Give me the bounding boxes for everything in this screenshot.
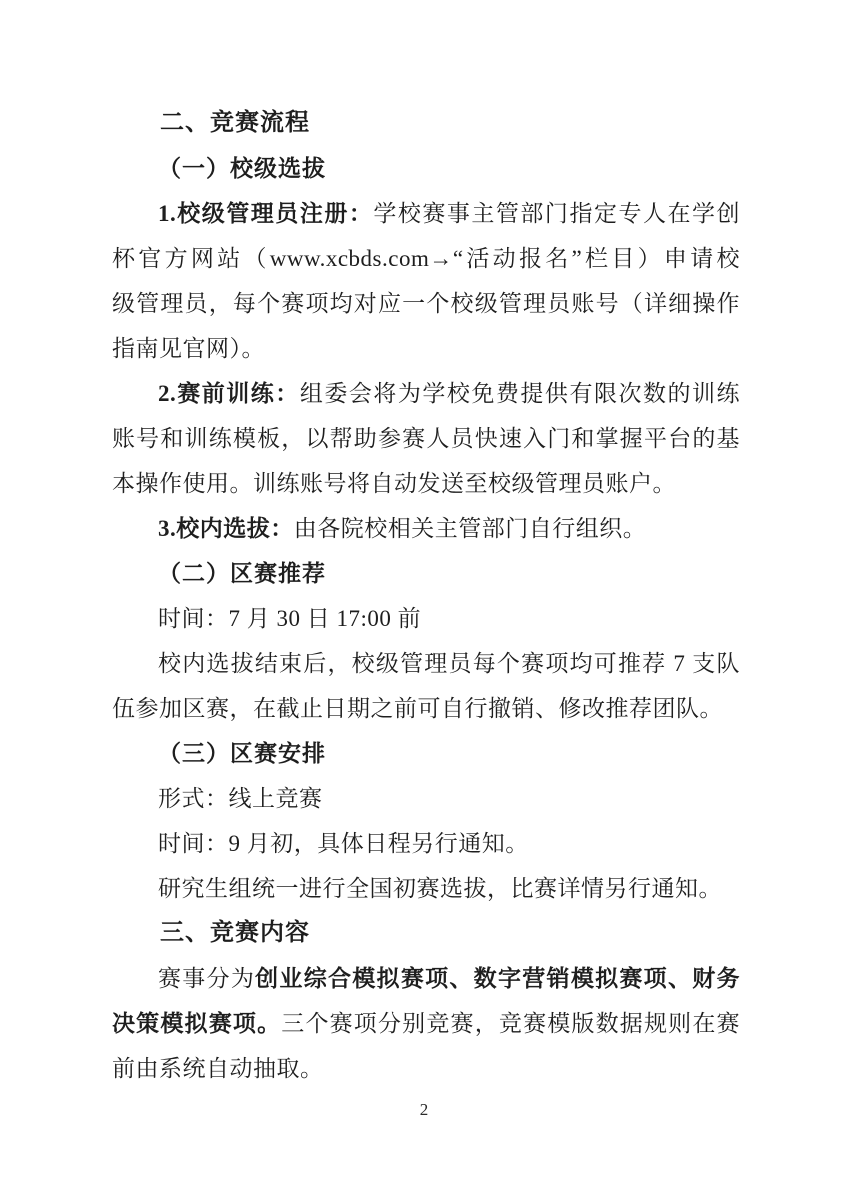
text-line: 3.校内选拔：由各院校相关主管部门自行组织。	[112, 506, 740, 551]
text-segment: （三）区赛安排	[158, 741, 326, 766]
text-segment: 研究生组统一进行全国初赛选拔，比赛详情另行通知。	[158, 876, 722, 901]
text-line: 账号和训练模板，以帮助参赛人员快速入门和掌握平台的基	[112, 416, 740, 461]
text-segment: 指南见官网）。	[112, 336, 265, 361]
text-segment: 创业综合模拟赛项、数字营销模拟赛项、财务	[255, 966, 740, 991]
text-line: 杯官方网站（www.xcbds.com→“活动报名”栏目）申请校	[112, 236, 740, 281]
text-segment: （二）区赛推荐	[158, 561, 326, 586]
text-segment: 三个赛项分别竞赛，竞赛模版数据规则在赛	[281, 1011, 740, 1036]
text-segment: 本操作使用。训练账号将自动发送至校级管理员账户。	[112, 471, 676, 496]
text-segment: 前由系统自动抽取。	[112, 1056, 324, 1081]
text-segment: 校内选拔结束后，校级管理员每个赛项均可推荐 7 支队	[158, 651, 740, 676]
text-segment: 级管理员，每个赛项均对应一个校级管理员账号（详细操作	[112, 291, 740, 316]
text-line: 2.赛前训练：组委会将为学校免费提供有限次数的训练	[112, 371, 740, 416]
text-line: 前由系统自动抽取。	[112, 1046, 740, 1091]
page-number: 2	[0, 1098, 848, 1122]
text-segment: 组委会将为学校免费提供有限次数的训练	[300, 381, 740, 406]
text-segment: 账号和训练模板，以帮助参赛人员快速入门和掌握平台的基	[112, 426, 740, 451]
document-body: 二、竞赛流程（一）校级选拔1.校级管理员注册：学校赛事主管部门指定专人在学创杯官…	[112, 101, 740, 1091]
text-segment: 时间：7 月 30 日 17:00 前	[158, 606, 421, 631]
text-line: 级管理员，每个赛项均对应一个校级管理员账号（详细操作	[112, 281, 740, 326]
text-segment: 赛事分为	[158, 966, 255, 991]
text-line: 伍参加区赛，在截止日期之前可自行撤销、修改推荐团队。	[112, 686, 740, 731]
heading-line: （三）区赛安排	[112, 731, 740, 776]
text-segment: 形式：线上竞赛	[158, 786, 323, 811]
heading-line: 三、竞赛内容	[112, 911, 740, 956]
text-segment: 二、竞赛流程	[160, 110, 310, 136]
text-line: 本操作使用。训练账号将自动发送至校级管理员账户。	[112, 461, 740, 506]
text-segment: 学校赛事主管部门指定专人在学创	[373, 201, 740, 226]
text-segment: 杯官方网站（www.xcbds.com→“活动报名”栏目）申请校	[112, 246, 740, 271]
text-segment: 决策模拟赛项。	[112, 1011, 281, 1036]
text-segment: 伍参加区赛，在截止日期之前可自行撤销、修改推荐团队。	[112, 696, 723, 721]
text-line: 决策模拟赛项。三个赛项分别竞赛，竞赛模版数据规则在赛	[112, 1001, 740, 1046]
text-line: 时间：7 月 30 日 17:00 前	[112, 596, 740, 641]
text-line: 指南见官网）。	[112, 326, 740, 371]
text-segment: 三、竞赛内容	[160, 920, 310, 946]
text-segment: 3.校内选拔：	[158, 516, 294, 541]
text-segment: 2.赛前训练：	[158, 381, 300, 406]
heading-line: 二、竞赛流程	[112, 101, 740, 146]
text-segment: 时间：9 月初，具体日程另行通知。	[158, 831, 529, 856]
heading-line: （一）校级选拔	[112, 146, 740, 191]
text-line: 研究生组统一进行全国初赛选拔，比赛详情另行通知。	[112, 866, 740, 911]
text-line: 时间：9 月初，具体日程另行通知。	[112, 821, 740, 866]
text-segment: （一）校级选拔	[158, 156, 326, 181]
document-page: 二、竞赛流程（一）校级选拔1.校级管理员注册：学校赛事主管部门指定专人在学创杯官…	[0, 0, 848, 1200]
text-line: 校内选拔结束后，校级管理员每个赛项均可推荐 7 支队	[112, 641, 740, 686]
heading-line: （二）区赛推荐	[112, 551, 740, 596]
text-line: 赛事分为创业综合模拟赛项、数字营销模拟赛项、财务	[112, 956, 740, 1001]
text-segment: 由各院校相关主管部门自行组织。	[294, 516, 647, 541]
text-line: 1.校级管理员注册：学校赛事主管部门指定专人在学创	[112, 191, 740, 236]
text-line: 形式：线上竞赛	[112, 776, 740, 821]
text-segment: 1.校级管理员注册：	[158, 201, 373, 226]
